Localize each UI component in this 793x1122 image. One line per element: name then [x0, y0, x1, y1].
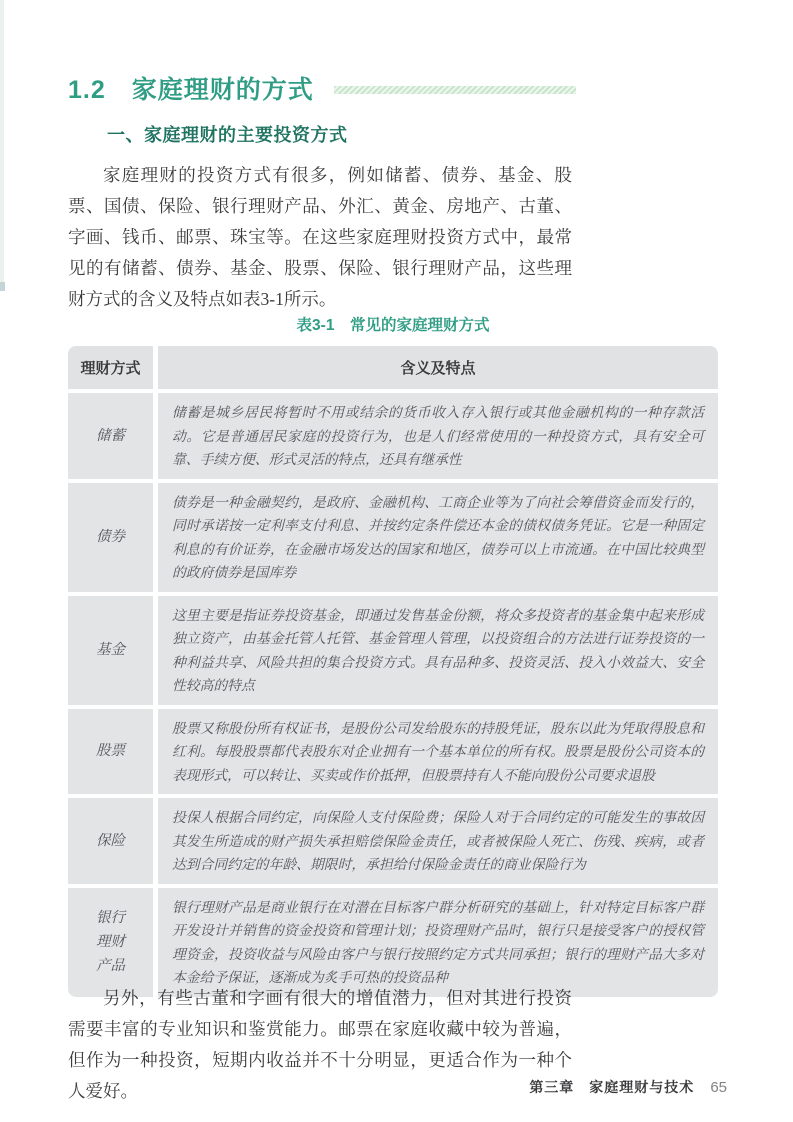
- table-row-desc-bonds: 债券是一种金融契约，是政府、金融机构、工商企业等为了向社会筹借资金而发行的，同时…: [158, 483, 718, 592]
- title-decorative-band: [334, 86, 576, 94]
- table-row-desc-stocks: 股票又称股份所有权证书，是股份公司发给股东的持股凭证，股东以此为凭取得股息和红利…: [158, 709, 718, 795]
- table-row-label-bank-products: 银行理财产品: [68, 888, 153, 997]
- table-row-desc-bank-products: 银行理财产品是商业银行在对潜在目标客户群分析研究的基础上，针对特定目标客户群开发…: [158, 888, 718, 997]
- footer-chapter-title: 第三章 家庭理财与技术: [529, 1077, 694, 1097]
- page-title: 1.2 家庭理财的方式: [68, 70, 314, 106]
- table-row-desc-savings: 储蓄是城乡居民将暂时不用或结余的货币收入存入银行或其他金融机构的一种存款活动。它…: [158, 393, 718, 479]
- table-row-label-insurance: 保险: [68, 798, 153, 884]
- title-row: 1.2 家庭理财的方式: [68, 70, 718, 106]
- table-row-desc-funds: 这里主要是指证券投资基金，即通过发售基金份额，将众多投资者的基金集中起来形成独立…: [158, 596, 718, 705]
- document-page: 1.2 家庭理财的方式 一、家庭理财的主要投资方式 家庭理财的投资方式有很多，例…: [0, 0, 793, 1122]
- section-heading: 一、家庭理财的主要投资方式: [107, 121, 348, 147]
- table-row-label-funds: 基金: [68, 596, 153, 705]
- closing-paragraph: 另外，有些古董和字画有很大的增值潜力，但对其进行投资需要丰富的专业知识和鉴赏能力…: [68, 983, 572, 1107]
- footer-page-number: 65: [710, 1079, 727, 1096]
- table-row-desc-insurance: 投保人根据合同约定，向保险人支付保险费；保险人对于合同约定的可能发生的事故因其发…: [158, 798, 718, 884]
- table-row-label-bonds: 债券: [68, 483, 153, 592]
- table-caption: 表3-1 常见的家庭理财方式: [68, 313, 718, 335]
- page-edge-strip: [0, 0, 4, 282]
- page-edge-strip-tip: [0, 282, 5, 291]
- financial-methods-table: 理财方式 含义及特点 储蓄 储蓄是城乡居民将暂时不用或结余的货币收入存入银行或其…: [68, 346, 718, 997]
- table-header-description: 含义及特点: [158, 346, 718, 389]
- table-row-label-stocks: 股票: [68, 709, 153, 795]
- table-row-label-savings: 储蓄: [68, 393, 153, 479]
- intro-paragraph: 家庭理财的投资方式有很多，例如储蓄、债券、基金、股票、国债、保险、银行理财产品、…: [68, 160, 572, 315]
- table-header-method: 理财方式: [68, 346, 153, 389]
- page-footer: 第三章 家庭理财与技术 65: [529, 1077, 727, 1097]
